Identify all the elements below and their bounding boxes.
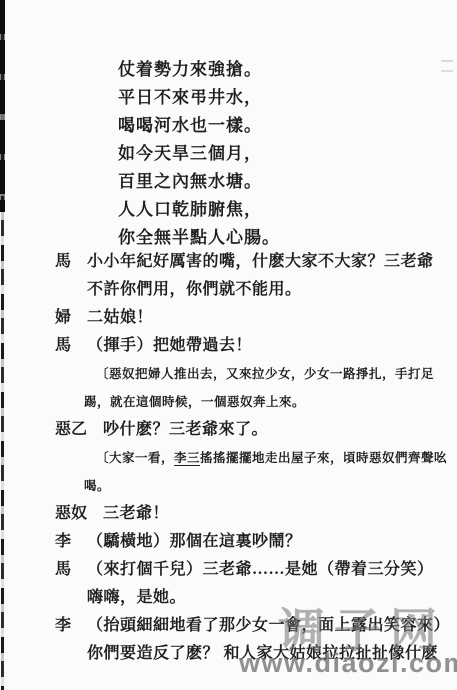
speaker-name: 李	[55, 528, 71, 556]
dialogue-row: 惡奴 三老爺！	[55, 500, 449, 528]
dialogue-row: 馬 （揮手）把她帶過去！	[55, 332, 449, 360]
proper-name-underlined: 李三	[174, 451, 200, 466]
stage-direction: 〔惡奴把婦人推出去，又來拉少女，少女一路掙扎，手打足踢，就在這個時候，一個惡奴奔…	[84, 360, 449, 416]
dialogue-text: 吵什麽？三老爺來了。	[103, 416, 449, 444]
stage-text: 〔大家一看，	[96, 451, 174, 465]
dialogue-row: 馬 小小年紀好厲害的嘴，什麽大家不大家？三老爺不許你們用，你們就不能用。	[55, 248, 449, 304]
speaker-name: 婦	[55, 304, 71, 332]
verse-line: 仗着勢力來強搶。	[118, 56, 280, 84]
speaker-name: 馬	[55, 248, 71, 276]
verse-line: 平日不來弔井水，	[118, 84, 280, 112]
scan-smudge-artifact	[441, 60, 453, 72]
speaker-name: 李	[55, 612, 71, 640]
watermark-url: www.diaozi.com	[239, 648, 457, 679]
dialogue-text: 三老爺！	[103, 500, 449, 528]
dialogue-text: 二姑娘！	[87, 304, 449, 332]
speaker-name: 馬	[55, 332, 71, 360]
dialogue-text: （揮手）把她帶過去！	[87, 332, 449, 360]
stage-direction: 〔大家一看，李三搖搖擺擺地走出屋子來，頃時惡奴們齊聲吆喝。	[84, 444, 449, 500]
verse-block: 仗着勢力來強搶。 平日不來弔井水， 喝喝河水也一樣。 如今天旱三個月， 百里之內…	[118, 56, 280, 252]
dialogue-row: 婦 二姑娘！	[55, 304, 449, 332]
dialogue-row: 惡乙 吵什麽？三老爺來了。	[55, 416, 449, 444]
verse-line: 人人口乾肺腑焦，	[118, 196, 280, 224]
speaker-name: 惡奴	[55, 500, 87, 528]
speaker-name: 馬	[55, 556, 71, 584]
dialogue-text: 小小年紀好厲害的嘴，什麽大家不大家？三老爺不許你們用，你們就不能用。	[87, 248, 449, 304]
scanned-book-page: 仗着勢力來強搶。 平日不來弔井水， 喝喝河水也一樣。 如今天旱三個月， 百里之內…	[0, 0, 457, 690]
binding-edge-artifact	[0, 0, 8, 690]
dialogue-row: 李 （驕橫地）那個在這裏吵鬧？	[55, 528, 449, 556]
verse-line: 如今天旱三個月，	[118, 140, 280, 168]
verse-line: 百里之內無水塘。	[118, 168, 280, 196]
dialogue-text: （驕橫地）那個在這裏吵鬧？	[87, 528, 449, 556]
verse-line: 喝喝河水也一樣。	[118, 112, 280, 140]
speaker-name: 惡乙	[55, 416, 87, 444]
